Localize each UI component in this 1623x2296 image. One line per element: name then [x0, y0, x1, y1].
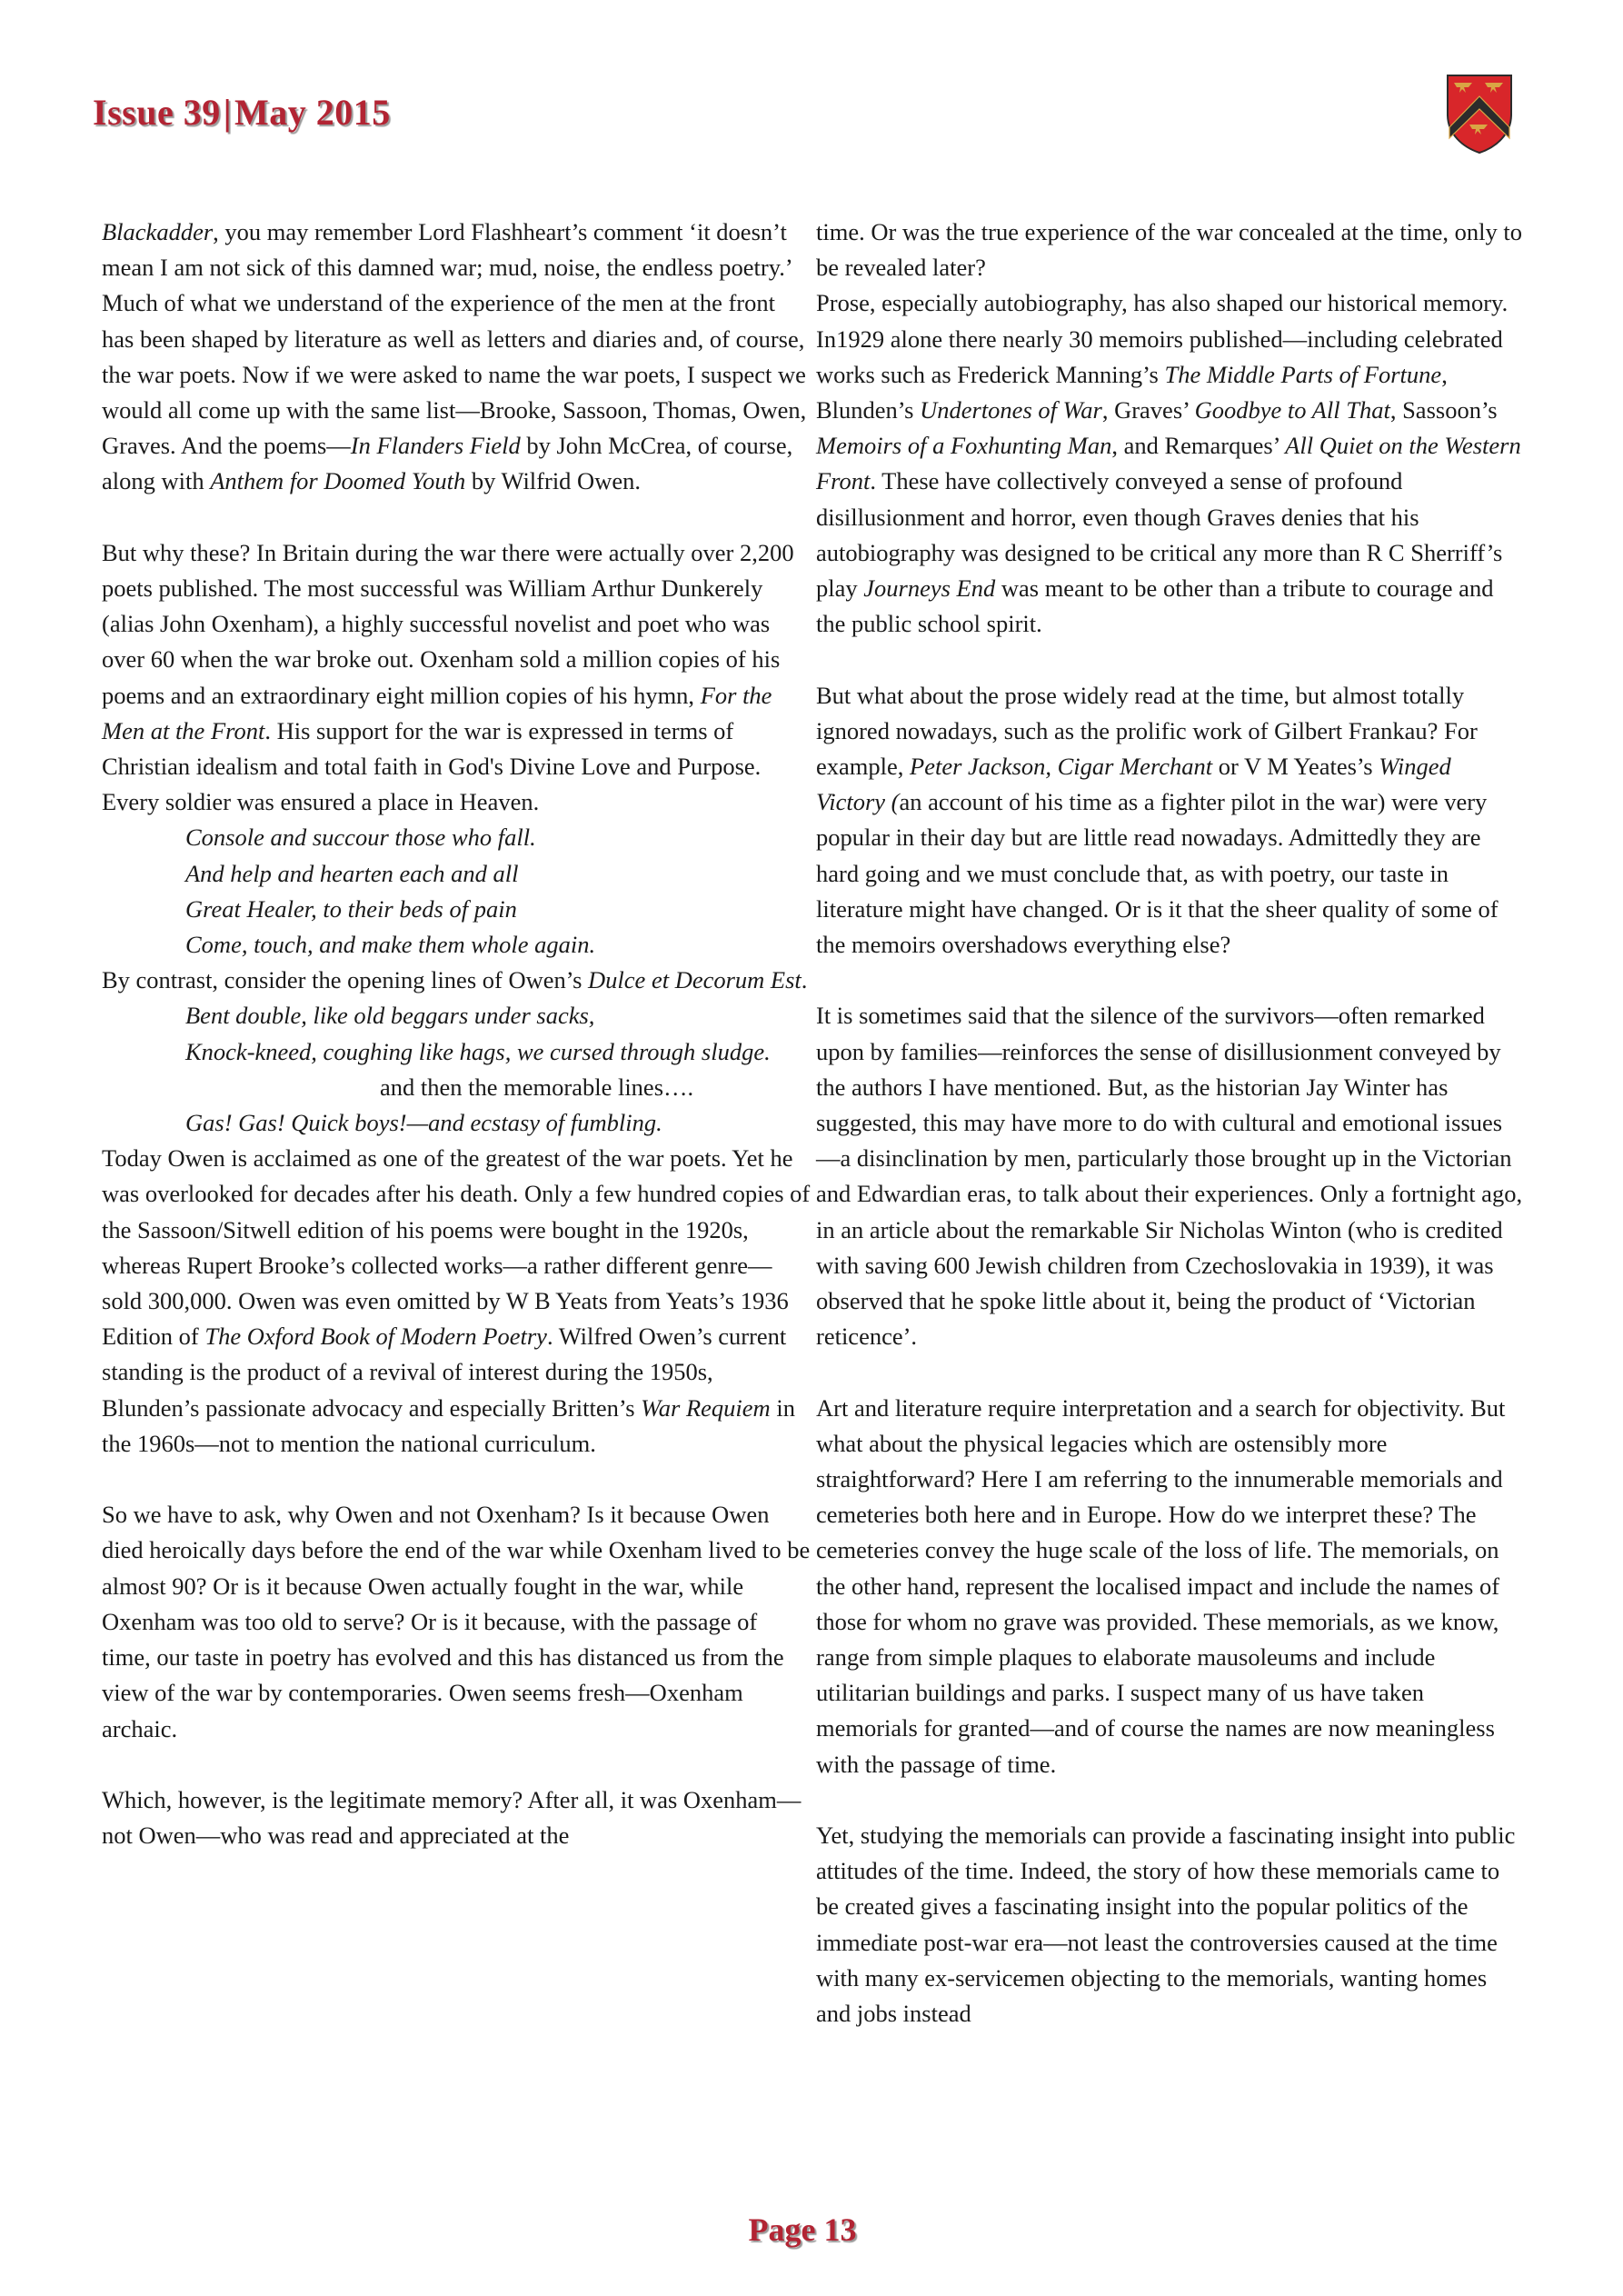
paragraph-silence-of-survivors: It is sometimes said that the silence of…: [816, 998, 1525, 1354]
title-oxford-book-of-modern-poetry: The Oxford Book of Modern Poetry: [204, 1323, 547, 1350]
poem-line: Great Healer, to their beds of pain: [185, 892, 811, 927]
title-war-requiem: War Requiem: [641, 1394, 771, 1422]
paragraph-legitimate-memory: Which, however, is the legitimate memory…: [102, 1782, 811, 1853]
text: , Sassoon’s: [1390, 396, 1498, 424]
paragraph-by-contrast: By contrast, consider the opening lines …: [102, 963, 811, 998]
issue-number: Issue 39: [93, 92, 221, 133]
text: or V M Yeates’s: [1212, 753, 1379, 780]
title-middle-parts-of-fortune: The Middle Parts of Fortune: [1164, 361, 1441, 388]
text: But why these? In Britain during the war…: [102, 539, 794, 709]
article-column-left: Blackadder, you may remember Lord Flashh…: [102, 215, 811, 1889]
paragraph-art-and-literature: Art and literature require interpretatio…: [816, 1391, 1525, 1782]
paragraph-prose-widely-read: But what about the prose widely read at …: [816, 678, 1525, 963]
college-crest-shield-icon: [1445, 73, 1514, 155]
title-in-flanders-field: In Flanders Field: [351, 432, 521, 459]
issue-header: Issue 39|May 2015: [93, 91, 391, 134]
poem-line: And help and hearten each and all: [185, 856, 811, 892]
poem-line: Bent double, like old beggars under sack…: [185, 998, 811, 1033]
paragraph-today-owen: Today Owen is acclaimed as one of the gr…: [102, 1141, 811, 1462]
title-goodbye-to-all-that: Goodbye to All That: [1195, 396, 1390, 424]
poem-line: Gas! Gas! Quick boys!—and ecstasy of fum…: [185, 1105, 811, 1141]
text: .: [802, 966, 808, 993]
poem-oxenham-quote: Console and succour those who fall. And …: [102, 820, 811, 963]
paragraph-why-these: But why these? In Britain during the war…: [102, 535, 811, 821]
text: Today Owen is acclaimed as one of the gr…: [102, 1144, 810, 1350]
poem-line: Console and succour those who fall.: [185, 820, 811, 855]
title-dulce-et-decorum-est: Dulce et Decorum Est: [588, 966, 802, 993]
paragraph-true-experience: time. Or was the true experience of the …: [816, 215, 1525, 285]
text: by Wilfrid Owen.: [465, 467, 641, 494]
text: By contrast, consider the opening lines …: [102, 966, 588, 993]
poem-line: Come, touch, and make them whole again.: [185, 927, 811, 963]
issue-date: May 2015: [234, 92, 391, 133]
title-peter-jackson-cigar-merchant: Peter Jackson, Cigar Merchant: [910, 753, 1212, 780]
title-memoirs-of-a-foxhunting-man: Memoirs of a Foxhunting Man: [816, 432, 1111, 459]
paragraph-prose-autobiography: Prose, especially autobiography, has als…: [816, 285, 1525, 642]
title-journeys-end: Journeys End: [863, 574, 995, 602]
title-undertones-of-war: Undertones of War: [920, 396, 1102, 424]
paragraph-studying-memorials: Yet, studying the memorials can provide …: [816, 1818, 1525, 2031]
text: , Graves’: [1102, 396, 1195, 424]
poem-interlude: and then the memorable lines….: [185, 1070, 811, 1105]
page-number-footer: Page 13: [0, 2211, 1623, 2249]
title-anthem-for-doomed-youth: Anthem for Doomed Youth: [210, 467, 465, 494]
poem-owen-quote: Bent double, like old beggars under sack…: [102, 998, 811, 1141]
header-separator: |: [224, 91, 232, 134]
page-number: Page 13: [749, 2211, 857, 2248]
title-blackadder: Blackadder: [102, 218, 213, 245]
paragraph-why-owen: So we have to ask, why Owen and not Oxen…: [102, 1497, 811, 1746]
paragraph-blackadder: Blackadder, you may remember Lord Flashh…: [102, 215, 811, 500]
text: , and Remarques’: [1111, 432, 1285, 459]
text: , you may remember Lord Flashheart’s com…: [102, 218, 806, 459]
article-column-right: time. Or was the true experience of the …: [816, 215, 1525, 2067]
text: an account of his time as a fighter pilo…: [816, 788, 1499, 958]
poem-line: Knock-kneed, coughing like hags, we curs…: [185, 1034, 811, 1070]
